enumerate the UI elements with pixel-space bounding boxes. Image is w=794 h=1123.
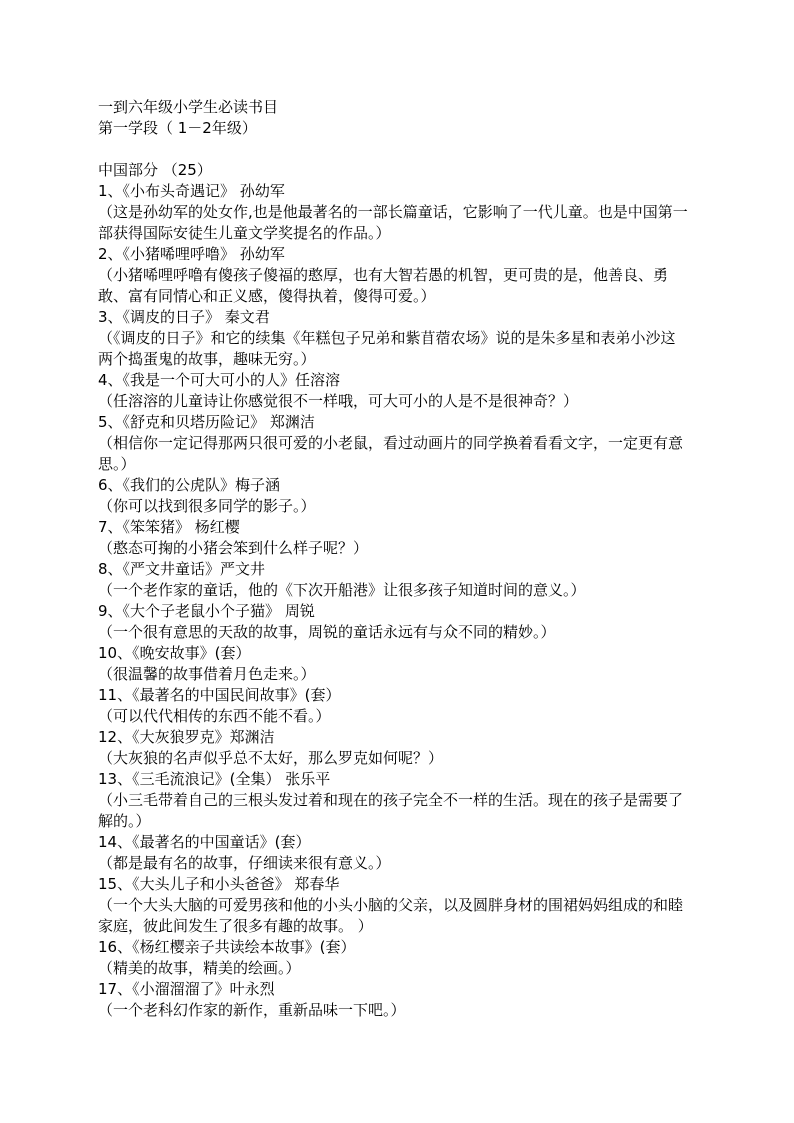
text-line: （小三毛带着自己的三根头发过着和现在的孩子完全不一样的生活。现在的孩子是需要了 (98, 790, 710, 811)
text-line: 两个捣蛋鬼的故事，趣味无穷。） (98, 349, 710, 370)
text-line: （大灰狼的名声似乎总不太好，那么罗克如何呢？） (98, 748, 710, 769)
text-line: （任溶溶的儿童诗让你感觉很不一样哦，可大可小的人是不是很神奇？） (98, 391, 710, 412)
text-line: （《调皮的日子》和它的续集《年糕包子兄弟和紫苜蓿农场》说的是朱多星和表弟小沙这 (98, 328, 710, 349)
text-line: 敢、富有同情心和正义感，傻得执着，傻得可爱。） (98, 286, 710, 307)
text-line: 5、《舒克和贝塔历险记》 郑渊洁 (98, 412, 710, 433)
text-line: 14、《最著名的中国童话》(套） (98, 832, 710, 853)
text-line: 部获得国际安徒生儿童文学奖提名的作品。） (98, 223, 710, 244)
text-line: （一个老作家的童话，他的《下次开船港》让很多孩子知道时间的意义。） (98, 580, 710, 601)
document-title: 一到六年级小学生必读书目 (98, 97, 710, 118)
text-line: （都是最有名的故事，仔细读来很有意义。） (98, 853, 710, 874)
document-body: 一到六年级小学生必读书目第一学段（ 1－2年级）中国部分 （25）1、《小布头奇… (98, 97, 710, 1021)
text-line: （这是孙幼军的处女作,也是他最著名的一部长篇童话，它影响了一代儿童。也是中国第一 (98, 202, 710, 223)
text-line: （可以代代相传的东西不能不看。） (98, 706, 710, 727)
text-line: （一个很有意思的天敌的故事，周锐的童话永远有与众不同的精妙。） (98, 622, 710, 643)
text-line: 8、《严文井童话》严文井 (98, 559, 710, 580)
text-line: （你可以找到很多同学的影子。） (98, 496, 710, 517)
document-page: 一到六年级小学生必读书目第一学段（ 1－2年级）中国部分 （25）1、《小布头奇… (0, 0, 794, 1123)
text-line: （小猪唏哩呼噜有傻孩子傻福的憨厚，也有大智若愚的机智，更可贵的是，他善良、勇 (98, 265, 710, 286)
text-line: 解的。） (98, 811, 710, 832)
text-line: 16、《杨红樱亲子共读绘本故事》(套） (98, 937, 710, 958)
text-line: 2、《小猪唏哩呼噜》 孙幼军 (98, 244, 710, 265)
text-line: 家庭，彼此间发生了很多有趣的故事。 ） (98, 916, 710, 937)
text-line: 3、《调皮的日子》 秦文君 (98, 307, 710, 328)
text-line: 15、《大头儿子和小头爸爸》 郑春华 (98, 874, 710, 895)
text-line: 13、《三毛流浪记》(全集） 张乐平 (98, 769, 710, 790)
text-line: （相信你一定记得那两只很可爱的小老鼠，看过动画片的同学换着看看文字，一定更有意 (98, 433, 710, 454)
text-line: 9、《大个子老鼠小个子猫》 周锐 (98, 601, 710, 622)
text-line: 6、《我们的公虎队》梅子涵 (98, 475, 710, 496)
text-line: （很温馨的故事借着月色走来。） (98, 664, 710, 685)
text-line: 11、《最著名的中国民间故事》(套） (98, 685, 710, 706)
blank-line (98, 139, 710, 160)
text-line: 17、《小溜溜溜了》叶永烈 (98, 979, 710, 1000)
text-line: （一个老科幻作家的新作，重新品味一下吧。） (98, 1000, 710, 1021)
text-line: 10、《晚安故事》(套） (98, 643, 710, 664)
text-line: 4、《我是一个可大可小的人》任溶溶 (98, 370, 710, 391)
text-line: 1、《小布头奇遇记》 孙幼军 (98, 181, 710, 202)
text-line: （憨态可掬的小猪会笨到什么样子呢？） (98, 538, 710, 559)
text-line: （精美的故事，精美的绘画。） (98, 958, 710, 979)
stage-heading: 第一学段（ 1－2年级） (98, 118, 710, 139)
section-heading: 中国部分 （25） (98, 160, 710, 181)
text-line: 思。） (98, 454, 710, 475)
text-line: 12、《大灰狼罗克》郑渊洁 (98, 727, 710, 748)
text-line: 7、《笨笨猪》 杨红樱 (98, 517, 710, 538)
text-line: （一个大头大脑的可爱男孩和他的小头小脑的父亲，以及圆胖身材的围裙妈妈组成的和睦 (98, 895, 710, 916)
